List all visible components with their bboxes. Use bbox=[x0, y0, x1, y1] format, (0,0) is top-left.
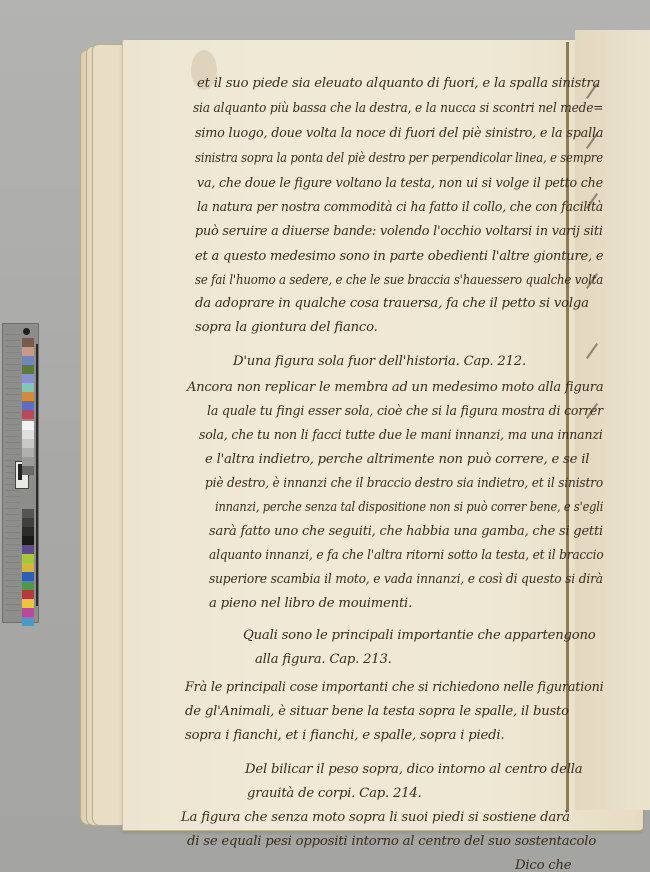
text-line: da adoprare in qualche cosa trauersa, fa… bbox=[195, 293, 589, 315]
text-line: sarà fatto uno che seguiti, che habbia u… bbox=[209, 521, 603, 543]
color-swatch bbox=[22, 536, 34, 545]
color-swatch bbox=[22, 374, 34, 383]
facing-text-fragment bbox=[586, 343, 598, 359]
text-line: et a questo medesimo sono in parte obedi… bbox=[195, 246, 603, 268]
color-swatch bbox=[22, 509, 34, 518]
text-line: simo luogo, doue volta la noce di fuori … bbox=[195, 123, 603, 145]
color-swatch bbox=[22, 599, 34, 608]
catchword: Dico che bbox=[515, 855, 571, 872]
chapter-heading: grauità de corpi. Cap. 214. bbox=[247, 783, 422, 805]
color-swatch bbox=[22, 421, 34, 430]
text-line: alquanto innanzi, e fa che l'altra ritor… bbox=[209, 545, 604, 567]
text-line: Frà le principali cose importanti che si… bbox=[185, 677, 604, 699]
color-swatch bbox=[22, 347, 34, 356]
text-line: se fai l'huomo a sedere, e che le sue br… bbox=[195, 270, 603, 292]
color-swatch bbox=[22, 518, 34, 527]
text-line: a pieno nel libro de mouimenti. bbox=[209, 593, 412, 615]
text-line: La figura che senza moto sopra li suoi p… bbox=[181, 807, 570, 829]
chapter-heading: D'una figura sola fuor dell'historia. Ca… bbox=[233, 351, 526, 373]
text-line: va, che doue le figure voltano la testa,… bbox=[197, 173, 603, 195]
text-line: e l'altra indietro, perche altrimente no… bbox=[205, 449, 589, 471]
text-line: sola, che tu non li facci tutte due le m… bbox=[199, 425, 603, 447]
checker-rail bbox=[36, 344, 38, 606]
text-line: di se equali pesi oppositi intorno al ce… bbox=[187, 831, 596, 853]
checker-hole-icon bbox=[23, 328, 30, 335]
color-swatch bbox=[22, 617, 34, 626]
text-line: sinistra sopra la ponta del piè destro p… bbox=[195, 148, 603, 170]
color-swatch bbox=[22, 554, 34, 563]
text-line: sia alquanto più bassa che la destra, e … bbox=[193, 98, 603, 120]
text-line: Ancora non replicar le membra ad un mede… bbox=[187, 377, 603, 399]
chapter-heading: alla figura. Cap. 213. bbox=[255, 649, 392, 671]
color-swatch bbox=[22, 401, 34, 410]
text-line: et il suo piede sia eleuato alquanto di … bbox=[197, 73, 600, 95]
text-line: sopra i fianchi, et i fianchi, e spalle,… bbox=[185, 725, 504, 747]
color-swatch bbox=[22, 383, 34, 392]
color-swatch bbox=[22, 527, 34, 536]
color-swatch bbox=[22, 356, 34, 365]
chapter-heading: Del bilicar il peso sopra, dico intorno … bbox=[245, 759, 582, 781]
color-swatch bbox=[22, 392, 34, 401]
color-swatch bbox=[22, 581, 34, 590]
color-swatch bbox=[22, 338, 34, 347]
chapter-heading: Quali sono le principali importantie che… bbox=[243, 625, 596, 647]
color-swatch bbox=[22, 466, 34, 475]
color-swatch bbox=[22, 590, 34, 599]
text-line: innanzi, perche senza tal dispositione n… bbox=[215, 497, 603, 519]
text-line: sopra la giontura del fianco. bbox=[195, 317, 378, 339]
color-swatch bbox=[22, 563, 34, 572]
color-swatch bbox=[22, 439, 34, 448]
text-line: la natura per nostra commodità ci ha fat… bbox=[197, 197, 603, 219]
text-line: la quale tu fingi esser sola, cioè che s… bbox=[207, 401, 603, 423]
color-swatch bbox=[22, 430, 34, 439]
color-swatch bbox=[22, 572, 34, 581]
color-swatch bbox=[22, 410, 34, 419]
color-checker-card bbox=[2, 323, 39, 623]
checker-swatches bbox=[22, 338, 34, 626]
color-swatch bbox=[22, 608, 34, 617]
color-swatch bbox=[22, 365, 34, 374]
color-swatch bbox=[22, 448, 34, 457]
color-swatch bbox=[22, 545, 34, 554]
text-line: de gl'Animali, è situar bene la testa so… bbox=[185, 701, 569, 723]
color-swatch bbox=[22, 457, 34, 466]
text-line: piè destro, è innanzi che il braccio des… bbox=[205, 473, 603, 495]
text-line: può seruire a diuerse bande: volendo l'o… bbox=[195, 221, 603, 243]
text-line: superiore scambia il moto, e vada innanz… bbox=[209, 569, 603, 591]
